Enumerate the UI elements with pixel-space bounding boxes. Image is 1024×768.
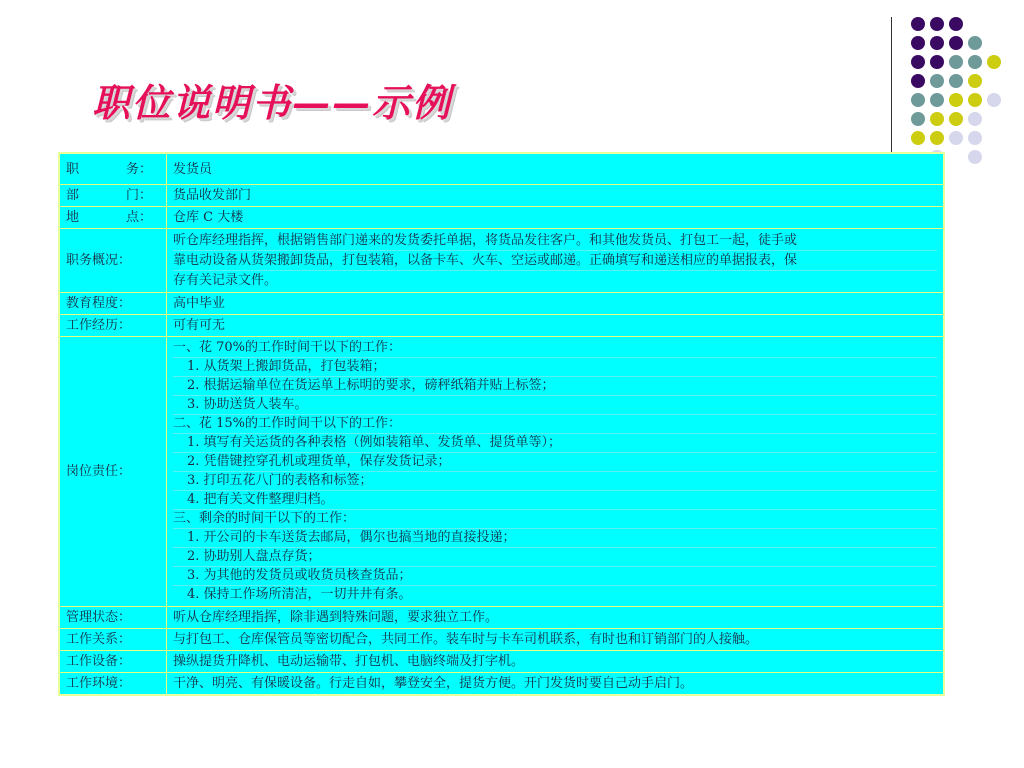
label-equipment: 工作设备： [59, 651, 167, 673]
value-experience: 可有可无 [167, 315, 945, 337]
decorative-dot [968, 55, 982, 69]
decorative-dot [968, 112, 982, 126]
responsibility-item: 4. 把有关文件整理归档。 [173, 491, 937, 510]
value-location: 仓库 C 大楼 [167, 207, 945, 229]
responsibility-heading: 一、花 70%的工作时间干以下的工作： [173, 339, 937, 358]
label-environment: 工作环境： [59, 673, 167, 696]
decorative-dot [968, 150, 982, 164]
row-supervision: 管理状态： 听从仓库经理指挥，除非遇到特殊问题，要求独立工作。 [59, 607, 944, 629]
responsibility-item: 2. 根据运输单位在货运单上标明的要求，磅秤纸箱并贴上标签； [173, 377, 937, 396]
summary-line: 听仓库经理指挥，根据销售部门递来的发货委托单据，将货品发往客户。和其他发货员、打… [173, 231, 937, 251]
value-summary: 听仓库经理指挥，根据销售部门递来的发货委托单据，将货品发往客户。和其他发货员、打… [167, 229, 945, 293]
decorative-dot [930, 131, 944, 145]
decorative-dot [968, 74, 982, 88]
decorative-dot [911, 112, 925, 126]
decorative-dot [949, 131, 963, 145]
decorative-dot [968, 93, 982, 107]
label-location: 地点： [59, 207, 167, 229]
responsibility-item: 3. 打印五花八门的表格和标签； [173, 472, 937, 491]
decorative-dot [949, 17, 963, 31]
row-experience: 工作经历： 可有可无 [59, 315, 944, 337]
responsibility-heading: 三、剩余的时间干以下的工作： [173, 510, 937, 529]
label-job-title: 职务： [59, 153, 167, 185]
decorative-dot [911, 93, 925, 107]
value-job-title: 发货员 [167, 153, 945, 185]
value-environment: 干净、明亮、有保暖设备。行走自如，攀登安全，提货方便。开门发货时要自己动手启门。 [167, 673, 945, 696]
page-title: 职位说明书——示例 [92, 72, 452, 127]
row-relations: 工作关系： 与打包工、仓库保管员等密切配合，共同工作。装车时与卡车司机联系，有时… [59, 629, 944, 651]
responsibility-item: 2. 凭借键控穿孔机或理货单，保存发货记录； [173, 453, 937, 472]
decorative-dot [949, 74, 963, 88]
responsibility-item: 1. 填写有关运货的各种表格（例如装箱单、发货单、提货单等）； [173, 434, 937, 453]
row-responsibilities: 岗位责任： 一、花 70%的工作时间干以下的工作：1. 从货架上搬卸货品，打包装… [59, 337, 944, 607]
label-responsibilities: 岗位责任： [59, 337, 167, 607]
value-relations: 与打包工、仓库保管员等密切配合，共同工作。装车时与卡车司机联系，有时也和订销部门… [167, 629, 945, 651]
decorative-dot [987, 93, 1001, 107]
responsibility-item: 4. 保持工作场所清洁，一切井井有条。 [173, 586, 937, 604]
summary-line: 靠电动设备从货架搬卸货品，打包装箱，以备卡车、火车、空运或邮递。正确填写和递送相… [173, 251, 937, 271]
decorative-dot [949, 93, 963, 107]
responsibility-item: 3. 协助送货人装车。 [173, 396, 937, 415]
decorative-dot [968, 36, 982, 50]
label-department: 部门： [59, 185, 167, 207]
value-education: 高中毕业 [167, 293, 945, 315]
label-summary: 职务概况： [59, 229, 167, 293]
decorative-dot [968, 131, 982, 145]
job-description-table: 职务： 发货员 部门： 货品收发部门 地点： 仓库 C 大楼 职务概况： 听仓库… [58, 152, 945, 696]
decorative-dot [930, 36, 944, 50]
decorative-dot [930, 74, 944, 88]
responsibility-item: 1. 从货架上搬卸货品，打包装箱； [173, 358, 937, 377]
responsibility-heading: 二、花 15%的工作时间干以下的工作： [173, 415, 937, 434]
row-location: 地点： 仓库 C 大楼 [59, 207, 944, 229]
decorative-dot [949, 55, 963, 69]
summary-line: 存有关记录文件。 [173, 271, 937, 290]
row-environment: 工作环境： 干净、明亮、有保暖设备。行走自如，攀登安全，提货方便。开门发货时要自… [59, 673, 944, 696]
value-department: 货品收发部门 [167, 185, 945, 207]
decorative-dot [987, 55, 1001, 69]
row-education: 教育程度： 高中毕业 [59, 293, 944, 315]
row-department: 部门： 货品收发部门 [59, 185, 944, 207]
decorative-dot [949, 112, 963, 126]
label-experience: 工作经历： [59, 315, 167, 337]
row-equipment: 工作设备： 操纵提货升降机、电动运输带、打包机、电脑终端及打字机。 [59, 651, 944, 673]
decorative-dot [930, 55, 944, 69]
decorative-dot [930, 112, 944, 126]
value-supervision: 听从仓库经理指挥，除非遇到特殊问题，要求独立工作。 [167, 607, 945, 629]
label-supervision: 管理状态： [59, 607, 167, 629]
decorative-dot [911, 74, 925, 88]
label-relations: 工作关系： [59, 629, 167, 651]
row-job-title: 职务： 发货员 [59, 153, 944, 185]
decorative-dot [949, 36, 963, 50]
value-responsibilities: 一、花 70%的工作时间干以下的工作：1. 从货架上搬卸货品，打包装箱；2. 根… [167, 337, 945, 607]
decorative-dot [930, 93, 944, 107]
responsibility-item: 3. 为其他的发货员或收货员核查货品； [173, 567, 937, 586]
decorative-dot [911, 131, 925, 145]
decorative-divider-line [891, 17, 892, 152]
responsibility-item: 1. 开公司的卡车送货去邮局，偶尔也搞当地的直接投递； [173, 529, 937, 548]
value-equipment: 操纵提货升降机、电动运输带、打包机、电脑终端及打字机。 [167, 651, 945, 673]
responsibility-item: 2. 协助别人盘点存货； [173, 548, 937, 567]
decorative-dot [911, 17, 925, 31]
row-summary: 职务概况： 听仓库经理指挥，根据销售部门递来的发货委托单据，将货品发往客户。和其… [59, 229, 944, 293]
label-education: 教育程度： [59, 293, 167, 315]
decorative-dot [911, 55, 925, 69]
decorative-dot [911, 36, 925, 50]
decorative-dot [930, 17, 944, 31]
